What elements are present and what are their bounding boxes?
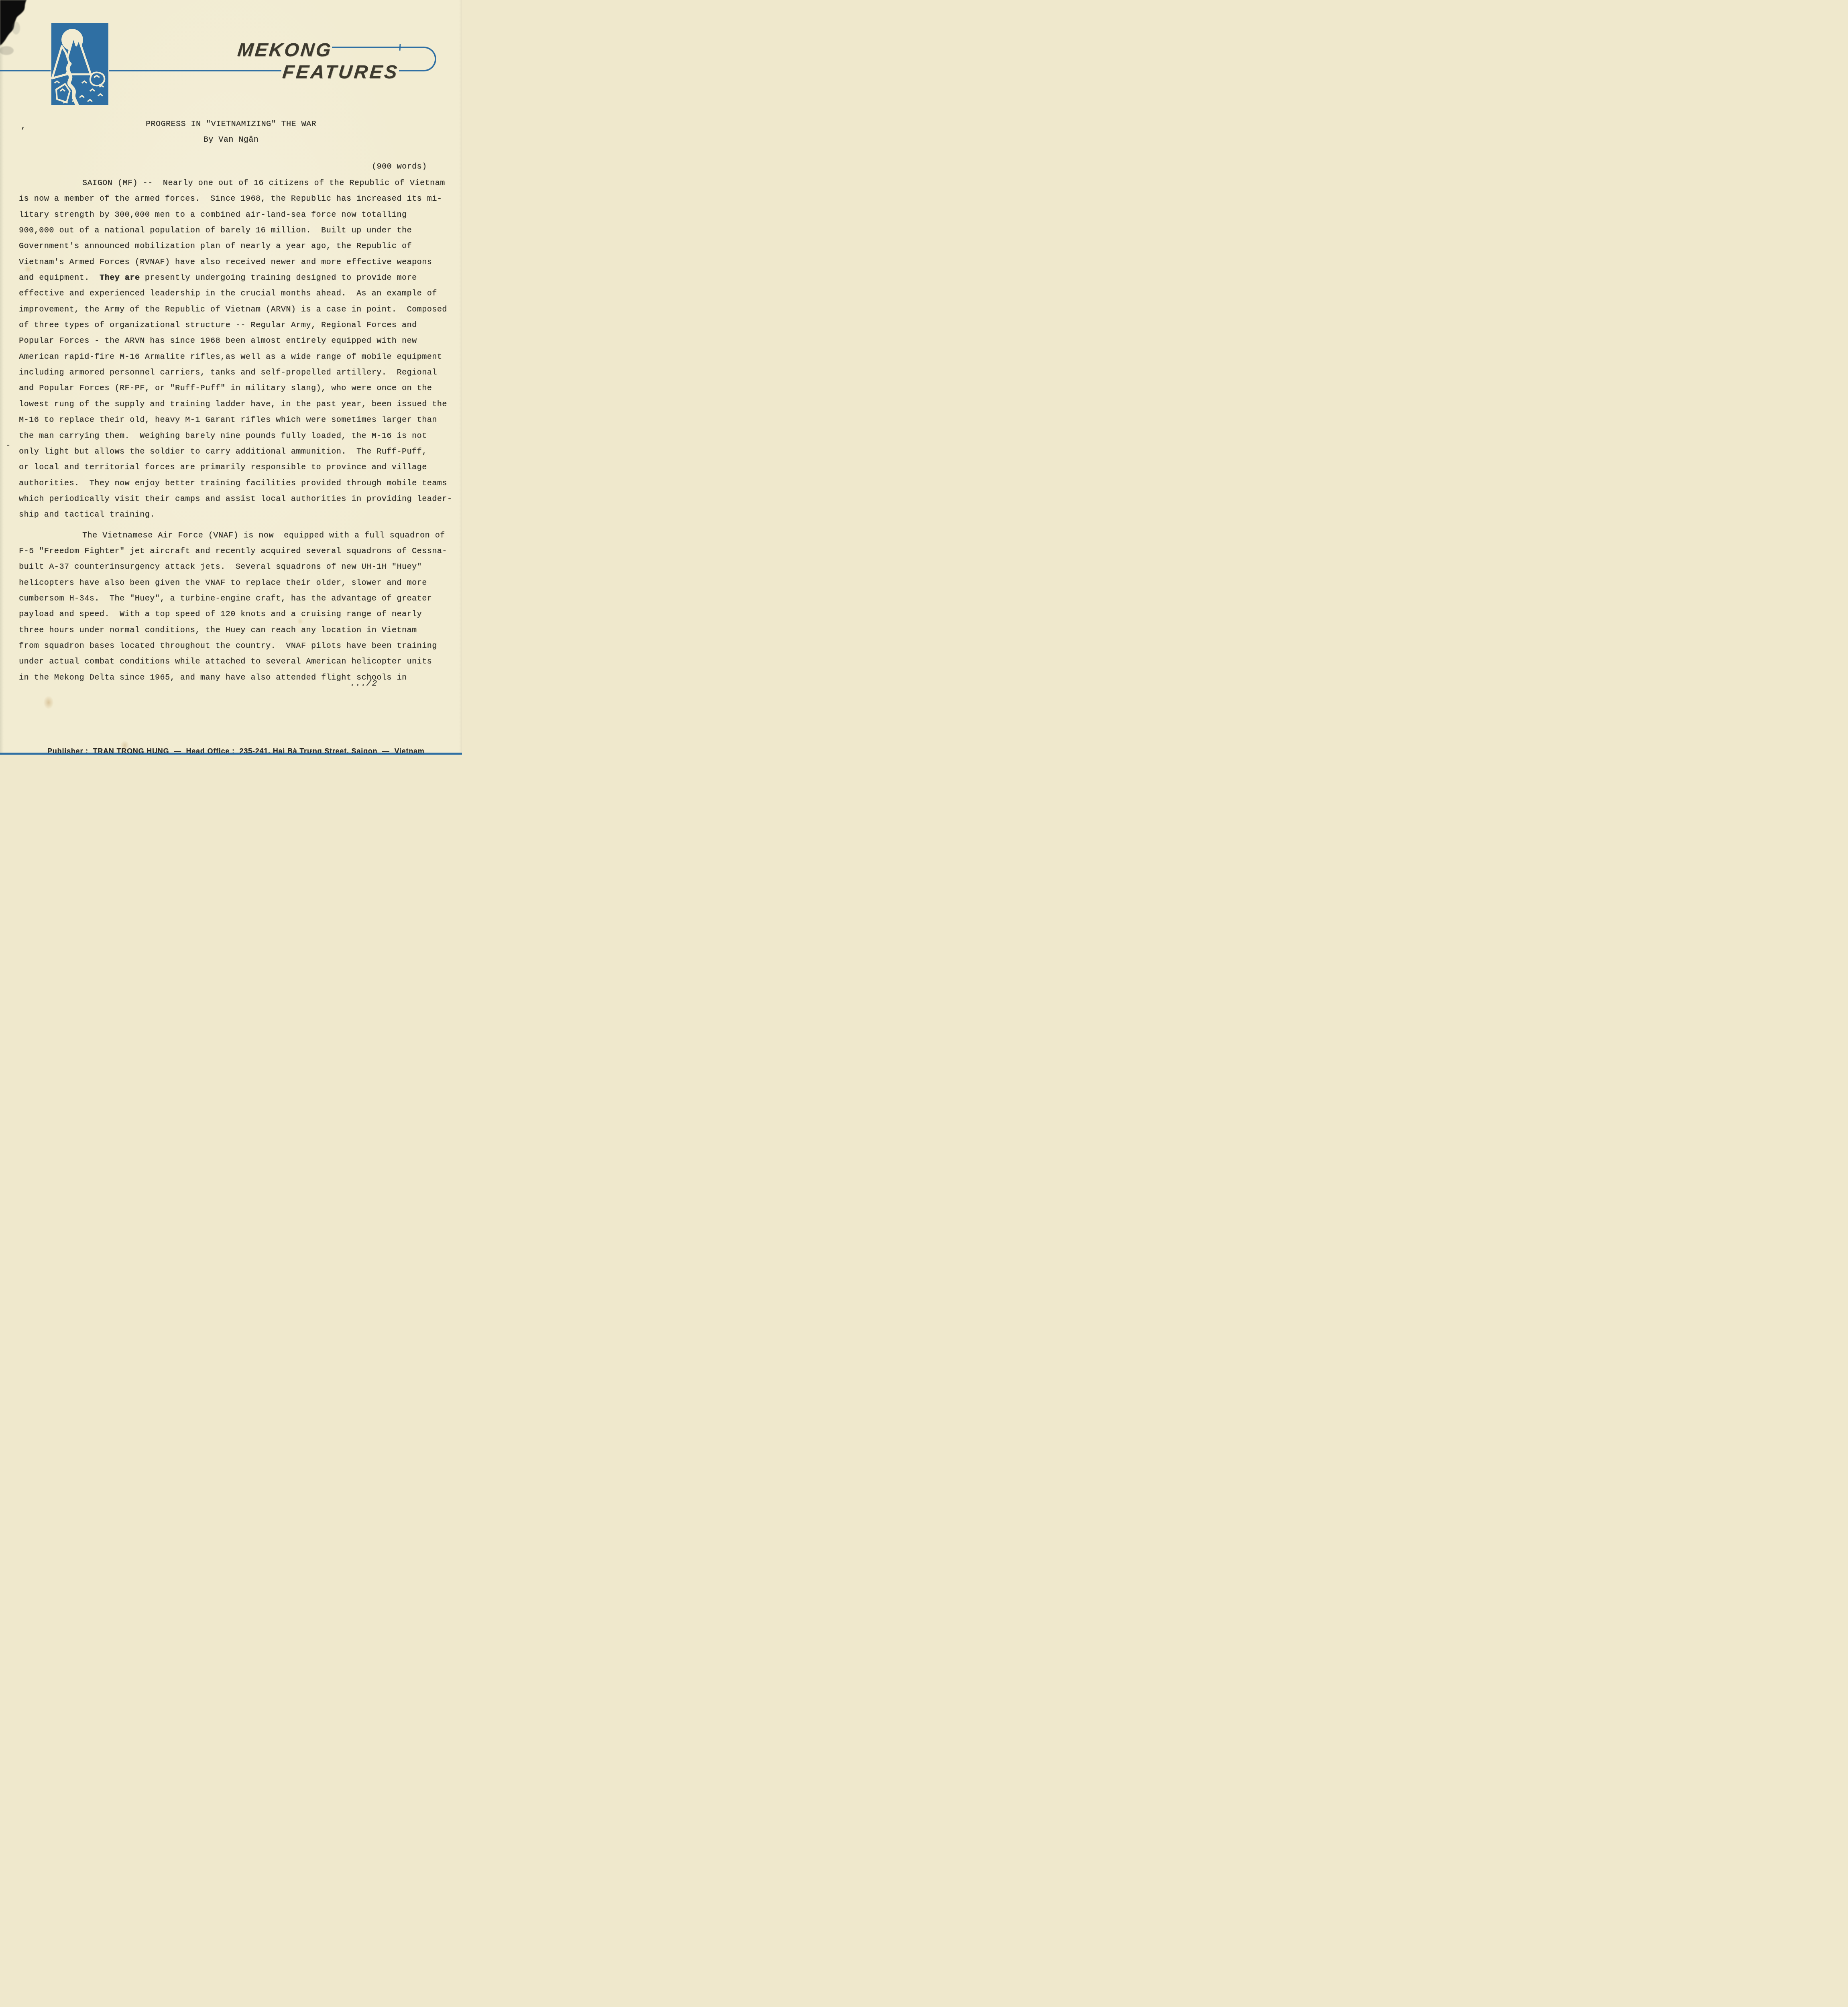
text-segment: and Popular Forces (RF-PF, or "Ruff-Puff… xyxy=(19,384,432,393)
page-continuation-mark: .../2 xyxy=(350,679,377,688)
text-segment: American rapid-fire M-16 Armalite rifles… xyxy=(19,352,442,362)
body-line: of three types of organizational structu… xyxy=(19,318,450,333)
body-line: built A-37 counterinsurgency attack jets… xyxy=(19,559,450,575)
article-byline: By Van Ngân xyxy=(0,135,462,145)
article-title: PROGRESS IN "VIETNAMIZING" THE WAR xyxy=(0,120,462,129)
text-segment: F-5 "Freedom Fighter" jet aircraft and r… xyxy=(19,547,447,556)
text-segment: cumbersom H-34s. The "Huey", a turbine-e… xyxy=(19,594,432,603)
body-line: effective and experienced leadership in … xyxy=(19,286,450,301)
masthead-mekong: MEKONG xyxy=(236,39,333,61)
paragraph: The Vietnamese Air Force (VNAF) is now e… xyxy=(19,528,450,686)
body-line: cumbersom H-34s. The "Huey", a turbine-e… xyxy=(19,591,450,607)
text-segment: under actual combat conditions while att… xyxy=(19,657,432,666)
stray-dash-mark: - xyxy=(6,441,10,450)
body-line: Government's announced mobilization plan… xyxy=(19,238,450,254)
body-line: is now a member of the armed forces. Sin… xyxy=(19,191,450,207)
word-count: (900 words) xyxy=(372,162,427,171)
text-segment: authorities. They now enjoy better train… xyxy=(19,479,447,488)
text-segment: helicopters have also been given the VNA… xyxy=(19,578,427,588)
body-line: and Popular Forces (RF-PF, or "Ruff-Puff… xyxy=(19,381,450,396)
body-line: from squadron bases located throughout t… xyxy=(19,638,450,654)
body-line: or local and territorial forces are prim… xyxy=(19,460,450,475)
text-segment: or local and territorial forces are prim… xyxy=(19,463,427,472)
body-line: M-16 to replace their old, heavy M-1 Gar… xyxy=(19,412,450,428)
text-segment: built A-37 counterinsurgency attack jets… xyxy=(19,562,422,572)
body-line: helicopters have also been given the VNA… xyxy=(19,575,450,591)
text-segment: litary strength by 300,000 men to a comb… xyxy=(19,210,407,220)
body-line: the man carrying them. Weighing barely n… xyxy=(19,428,450,444)
text-segment: is now a member of the armed forces. Sin… xyxy=(19,194,442,204)
text-segment: from squadron bases located throughout t… xyxy=(19,641,437,651)
body-line: in the Mekong Delta since 1965, and many… xyxy=(19,670,450,686)
text-segment: three hours under normal conditions, the… xyxy=(19,626,417,635)
text-segment: including armored personnel carriers, ta… xyxy=(19,368,437,377)
text-segment: 900,000 out of a national population of … xyxy=(19,226,412,235)
body-line: ship and tactical training. xyxy=(19,507,450,523)
body-line: Vietnam's Armed Forces (RVNAF) have also… xyxy=(19,254,450,270)
text-segment: improvement, the Army of the Republic of… xyxy=(19,305,447,314)
text-segment: only light but allows the soldier to car… xyxy=(19,447,427,456)
body-line: and equipment. They are presently underg… xyxy=(19,270,450,286)
paper-stain xyxy=(43,696,54,709)
body-line: under actual combat conditions while att… xyxy=(19,654,450,670)
text-segment: and equipment. xyxy=(19,273,100,283)
mekong-river-logo xyxy=(51,23,108,105)
body-line: litary strength by 300,000 men to a comb… xyxy=(19,207,450,223)
paragraph: SAIGON (MF) -- Nearly one out of 16 citi… xyxy=(19,175,450,523)
rule-tick xyxy=(400,44,400,51)
text-segment: lowest rung of the supply and training l… xyxy=(19,400,447,409)
masthead-features: FEATURES xyxy=(281,61,400,83)
text-segment: SAIGON (MF) -- Nearly one out of 16 citi… xyxy=(82,179,445,188)
body-line: including armored personnel carriers, ta… xyxy=(19,365,450,381)
text-segment: Popular Forces - the ARVN has since 1968… xyxy=(19,336,417,346)
body-line: Popular Forces - the ARVN has since 1968… xyxy=(19,333,450,349)
document-page: MEKONG FEATURES , - PROGRESS IN "VIETNAM… xyxy=(0,0,462,755)
text-segment: presently undergoing training designed t… xyxy=(140,273,417,283)
body-line: lowest rung of the supply and training l… xyxy=(19,397,450,412)
body-line: improvement, the Army of the Republic of… xyxy=(19,302,450,318)
body-line: three hours under normal conditions, the… xyxy=(19,623,450,638)
text-segment: the man carrying them. Weighing barely n… xyxy=(19,432,427,441)
body-line: authorities. They now enjoy better train… xyxy=(19,476,450,491)
body-line: which periodically visit their camps and… xyxy=(19,491,450,507)
text-segment: in the Mekong Delta since 1965, and many… xyxy=(19,673,407,682)
body-line: SAIGON (MF) -- Nearly one out of 16 citi… xyxy=(19,175,450,191)
overtyped-text: They are xyxy=(100,273,140,283)
text-segment: payload and speed. With a top speed of 1… xyxy=(19,610,422,619)
text-segment: effective and experienced leadership in … xyxy=(19,289,437,298)
text-segment: of three types of organizational structu… xyxy=(19,321,417,330)
text-segment: Government's announced mobilization plan… xyxy=(19,242,412,251)
bottom-blue-rule xyxy=(0,753,462,755)
body-line: The Vietnamese Air Force (VNAF) is now e… xyxy=(19,528,450,543)
text-segment: which periodically visit their camps and… xyxy=(19,495,452,504)
text-segment: Vietnam's Armed Forces (RVNAF) have also… xyxy=(19,258,432,267)
text-segment: M-16 to replace their old, heavy M-1 Gar… xyxy=(19,415,437,425)
text-segment: ship and tactical training. xyxy=(19,510,155,519)
body-line: F-5 "Freedom Fighter" jet aircraft and r… xyxy=(19,543,450,559)
body-line: American rapid-fire M-16 Armalite rifles… xyxy=(19,349,450,365)
body-line: payload and speed. With a top speed of 1… xyxy=(19,607,450,622)
body-line: 900,000 out of a national population of … xyxy=(19,223,450,238)
body-line: only light but allows the soldier to car… xyxy=(19,444,450,460)
text-segment: The Vietnamese Air Force (VNAF) is now e… xyxy=(82,531,445,540)
island-icon xyxy=(90,72,104,85)
publisher-imprint: Publisher : TRAN TRONG HUNG — Head Offic… xyxy=(47,720,428,755)
article-body: SAIGON (MF) -- Nearly one out of 16 citi… xyxy=(19,175,450,686)
